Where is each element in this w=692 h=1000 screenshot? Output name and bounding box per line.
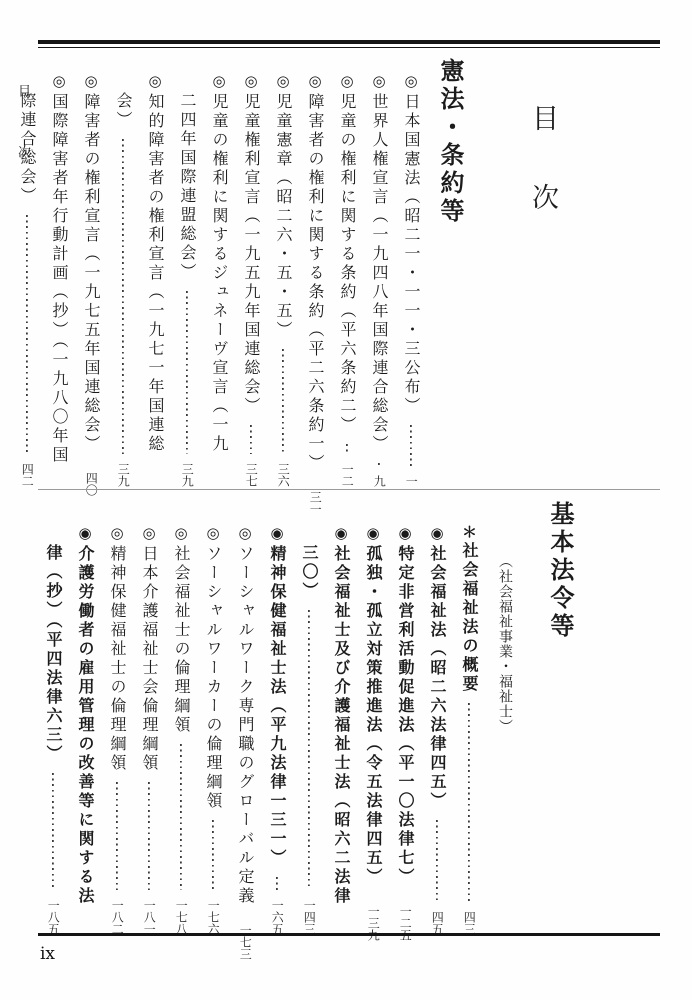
entry-title: 孤独・孤立対策推進法（令五法律四五） — [357, 545, 389, 887]
entry-marker-icon: ◉ — [389, 524, 421, 545]
dot-leader — [197, 815, 229, 895]
top-double-rule — [38, 40, 660, 48]
entry-column: ◎ソーシャルワーカーの倫理綱領一七六 — [197, 524, 229, 936]
entry-marker-icon: ◎ — [299, 72, 331, 93]
entry-page-number: 三九 — [117, 463, 130, 488]
section-heading: 憲法・条約等 — [433, 56, 468, 488]
entry-title: 精神保健福祉士法（平九法律一三一） — [261, 545, 293, 868]
toc-entry: ◎精神保健福祉士の倫理綱領一八二 — [101, 524, 133, 936]
entry-column: ◎知的障害者の権利宣言（一九七一年国連総 — [139, 72, 171, 488]
entry-marker-icon: ◉ — [261, 524, 293, 545]
dot-leader — [363, 458, 395, 471]
entry-column: ◎児童の権利に関する条約（平六条約二）一二 — [331, 72, 363, 488]
toc-entry: ◎障害者の権利宣言（一九七五年国連総会）四〇 — [75, 72, 107, 488]
toc-entry: ◎国際障害者年行動計画（抄）（一九八〇年国際連合総会）四二 — [11, 72, 75, 488]
entry-page-number: 一三九 — [367, 905, 380, 942]
toc-entry: ◉社会福祉法（昭二六法律四五）四五 — [421, 524, 453, 936]
entry-page-number: 一二五 — [399, 905, 412, 942]
entry-page-number: 一八一 — [143, 899, 156, 936]
entry-title: 特定非営利活動促進法（平一〇法律七） — [389, 545, 421, 887]
dot-leader — [165, 739, 197, 895]
dot-leader — [357, 891, 389, 901]
entry-title: 会） — [107, 92, 139, 130]
entry-marker-icon: ◉ — [421, 524, 453, 545]
entry-column: ◎ソーシャルワーク専門職のグローバル定義一七三 — [229, 524, 261, 936]
toc-page-title: 目次 — [528, 56, 562, 488]
entry-title: 三〇） — [293, 544, 325, 601]
dot-leader — [421, 815, 453, 907]
entry-column: ◎世界人権宣言（一九四八年国際連合総会）九 — [363, 72, 395, 488]
entry-page-number: 四二 — [21, 463, 34, 488]
entry-marker-icon: ◎ — [133, 524, 165, 545]
dot-leader — [235, 420, 267, 459]
entry-page-number: 一七三 — [239, 924, 252, 961]
section-constitution-treaties: 目次 憲法・条約等 ◎日本国憲法（昭二一・一一・三公布）一◎世界人権宣言（一九四… — [38, 56, 658, 488]
entry-title: 社会福祉法（昭二六法律四五） — [421, 545, 453, 811]
entry-column: 二四年国際連盟総会）三九 — [171, 72, 203, 488]
entry-column: ◉社会福祉士及び介護福祉士法（昭六二法律 — [325, 524, 357, 936]
entry-page-number: 一八二 — [111, 899, 124, 936]
entry-column: ◎社会福祉士の倫理綱領一七八 — [165, 524, 197, 936]
section-heading: 基本法令等 — [543, 500, 578, 936]
entry-title: 児童の権利に関するジュネーヴ宣言（一九 — [203, 93, 235, 454]
toc-entry: ◎日本国憲法（昭二一・一一・三公布）一 — [395, 72, 427, 488]
entry-title: 介護労働者の雇用管理の改善等に関する法 — [69, 545, 101, 906]
entry-column: ◉孤独・孤立対策推進法（令五法律四五）一三九 — [357, 524, 389, 936]
dot-leader — [229, 910, 261, 920]
entry-marker-icon: ◎ — [229, 524, 261, 545]
entry-column: ◎障害者の権利宣言（一九七五年国連総会）四〇 — [75, 72, 107, 488]
entry-column: ◎児童憲章（昭二六・五・五）三六 — [267, 72, 299, 488]
entry-page-number: 四〇 — [85, 472, 98, 497]
entry-title: 世界人権宣言（一九四八年国際連合総会） — [363, 93, 395, 454]
entry-title: 二四年国際連盟総会） — [171, 92, 203, 282]
entry-list: ◎日本国憲法（昭二一・一一・三公布）一◎世界人権宣言（一九四八年国際連合総会）九… — [11, 56, 427, 488]
entry-page-number: 一四三 — [303, 899, 316, 936]
dot-leader — [11, 210, 43, 459]
section-basic-laws: 基本法令等 （社会福祉事業・福祉士） ＊社会福祉法の概要四三◉社会福祉法（昭二六… — [38, 500, 658, 936]
dot-leader — [293, 605, 325, 895]
entry-page-number: 一六五 — [271, 899, 284, 936]
dot-leader — [299, 477, 331, 487]
dot-leader — [395, 420, 427, 471]
entry-marker-icon: ＊ — [453, 524, 485, 542]
entry-title: 障害者の権利宣言（一九七五年国連総会） — [75, 93, 107, 454]
entry-marker-icon: ◉ — [357, 524, 389, 545]
toc-entry: ◎ソーシャルワーク専門職のグローバル定義一七三 — [229, 524, 261, 936]
toc-entry: ◎児童憲章（昭二六・五・五）三六 — [267, 72, 299, 488]
dot-leader — [453, 698, 485, 907]
section-subheading: （社会福祉事業・福祉士） — [495, 500, 515, 936]
dot-leader — [133, 777, 165, 895]
dot-leader — [101, 777, 133, 895]
toc-entry: ◎児童権利宣言（一九五九年国連総会）三七 — [235, 72, 267, 488]
toc-entry: ＊社会福祉法の概要四三 — [453, 524, 485, 936]
toc-entry: ◎世界人権宣言（一九四八年国際連合総会）九 — [363, 72, 395, 488]
entry-page-number: 一七六 — [207, 899, 220, 936]
dot-leader — [389, 891, 421, 901]
entry-title: 児童の権利に関する条約（平六条約二） — [331, 93, 363, 435]
entry-column: ◎日本介護福祉士会倫理綱領一八一 — [133, 524, 165, 936]
toc-entry: ◎知的障害者の権利宣言（一九七一年国連総会）三九 — [107, 72, 171, 488]
entry-column: ◎日本国憲法（昭二一・一一・三公布）一 — [395, 72, 427, 488]
entry-marker-icon: ◎ — [139, 72, 171, 93]
entry-title: 日本介護福祉士会倫理綱領 — [133, 545, 165, 773]
entry-title: 社会福祉士及び介護福祉士法（昭六二法律 — [325, 545, 357, 906]
entry-marker-icon: ◎ — [363, 72, 395, 93]
bottom-rule — [38, 933, 660, 936]
folio-page-number: ix — [40, 944, 55, 964]
entry-title: 精神保健福祉士の倫理綱領 — [101, 545, 133, 773]
entry-column: ◎国際障害者年行動計画（抄）（一九八〇年国 — [43, 72, 75, 488]
entry-marker-icon: ◉ — [325, 524, 357, 545]
entry-column: ◉介護労働者の雇用管理の改善等に関する法 — [69, 524, 101, 936]
entry-column: 会）三九 — [107, 72, 139, 488]
entry-page-number: 九 — [373, 475, 386, 488]
toc-entry: ◉特定非営利活動促進法（平一〇法律七）一二五 — [389, 524, 421, 936]
toc-entry: ◉介護労働者の雇用管理の改善等に関する法律（抄）（平四法律六三）一八五 — [37, 524, 101, 936]
entry-column: ◎精神保健福祉士の倫理綱領一八二 — [101, 524, 133, 936]
toc-entry: ◎日本介護福祉士会倫理綱領一八一 — [133, 524, 165, 936]
entry-title: ソーシャルワーク専門職のグローバル定義 — [229, 545, 261, 906]
entry-marker-icon: ◎ — [267, 72, 299, 93]
toc-entry: ◎ソーシャルワーカーの倫理綱領一七六 — [197, 524, 229, 936]
entry-title: 社会福祉士の倫理綱領 — [165, 545, 197, 735]
entry-marker-icon: ◎ — [165, 524, 197, 545]
dot-leader — [107, 134, 139, 459]
entry-marker-icon: ◎ — [235, 72, 267, 93]
dot-leader — [171, 286, 203, 459]
entry-title: 児童憲章（昭二六・五・五） — [267, 93, 299, 340]
entry-column: ◉社会福祉法（昭二六法律四五）四五 — [421, 524, 453, 936]
entry-page-number: 一 — [405, 475, 418, 488]
entry-marker-icon: ◉ — [69, 524, 101, 545]
entry-page-number: 一七八 — [175, 899, 188, 936]
toc-entry: ◉社会福祉士及び介護福祉士法（昭六二法律三〇）一四三 — [293, 524, 357, 936]
entry-title: 障害者の権利に関する条約（平二六条約一） — [299, 93, 331, 473]
entry-column: ◎児童の権利に関するジュネーヴ宣言（一九 — [203, 72, 235, 488]
entry-column: 三〇）一四三 — [293, 524, 325, 936]
entry-title: 際連合総会） — [11, 92, 43, 206]
entry-page-number: 三六 — [277, 463, 290, 488]
entry-page-number: 三七 — [245, 463, 258, 488]
entry-marker-icon: ◎ — [203, 72, 235, 93]
entry-title: 国際障害者年行動計画（抄）（一九八〇年国 — [43, 93, 75, 465]
dot-leader — [267, 344, 299, 459]
toc-page: 目次 目次 憲法・条約等 ◎日本国憲法（昭二一・一一・三公布）一◎世界人権宣言（… — [0, 0, 692, 1000]
toc-entry: ◉孤独・孤立対策推進法（令五法律四五）一三九 — [357, 524, 389, 936]
dot-leader — [75, 458, 107, 468]
entry-title: 知的障害者の権利宣言（一九七一年国連総 — [139, 93, 171, 454]
entry-column: ◎障害者の権利に関する条約（平二六条約一）三一 — [299, 72, 331, 488]
toc-entry: ◎障害者の権利に関する条約（平二六条約一）三一 — [299, 72, 331, 488]
entry-column: ◉精神保健福祉士法（平九法律一三一）一六五 — [261, 524, 293, 936]
entry-title: 社会福祉法の概要 — [453, 542, 485, 694]
entry-column: 律（抄）（平四法律六三）一八五 — [37, 524, 69, 936]
toc-entry: ◉精神保健福祉士法（平九法律一三一）一六五 — [261, 524, 293, 936]
entry-column: ◉特定非営利活動促進法（平一〇法律七）一二五 — [389, 524, 421, 936]
entry-column: ◎児童権利宣言（一九五九年国連総会）三七 — [235, 72, 267, 488]
dot-leader — [37, 768, 69, 895]
entry-marker-icon: ◎ — [101, 524, 133, 545]
entry-column: ＊社会福祉法の概要四三 — [453, 524, 485, 936]
entry-marker-icon: ◎ — [197, 524, 229, 545]
entry-title: 律（抄）（平四法律六三） — [37, 544, 69, 764]
entry-marker-icon: ◎ — [75, 72, 107, 93]
entry-page-number: 三九 — [181, 463, 194, 488]
section-divider — [38, 489, 660, 490]
entry-page-number: 一二 — [341, 463, 354, 488]
entry-list: ＊社会福祉法の概要四三◉社会福祉法（昭二六法律四五）四五◉特定非営利活動促進法（… — [37, 500, 485, 936]
entry-marker-icon: ◎ — [395, 72, 427, 93]
entry-marker-icon: ◎ — [331, 72, 363, 93]
entry-page-number: 一八五 — [47, 899, 60, 936]
entry-column: 際連合総会）四二 — [11, 72, 43, 488]
toc-entry: ◎児童の権利に関する条約（平六条約二）一二 — [331, 72, 363, 488]
dot-leader — [331, 439, 363, 459]
toc-entry: ◎社会福祉士の倫理綱領一七八 — [165, 524, 197, 936]
entry-marker-icon: ◎ — [43, 72, 75, 93]
dot-leader — [261, 872, 293, 895]
entry-title: ソーシャルワーカーの倫理綱領 — [197, 545, 229, 811]
entry-title: 日本国憲法（昭二一・一一・三公布） — [395, 93, 427, 416]
toc-entry: ◎児童の権利に関するジュネーヴ宣言（一九二四年国際連盟総会）三九 — [171, 72, 235, 488]
entry-title: 児童権利宣言（一九五九年国連総会） — [235, 93, 267, 416]
